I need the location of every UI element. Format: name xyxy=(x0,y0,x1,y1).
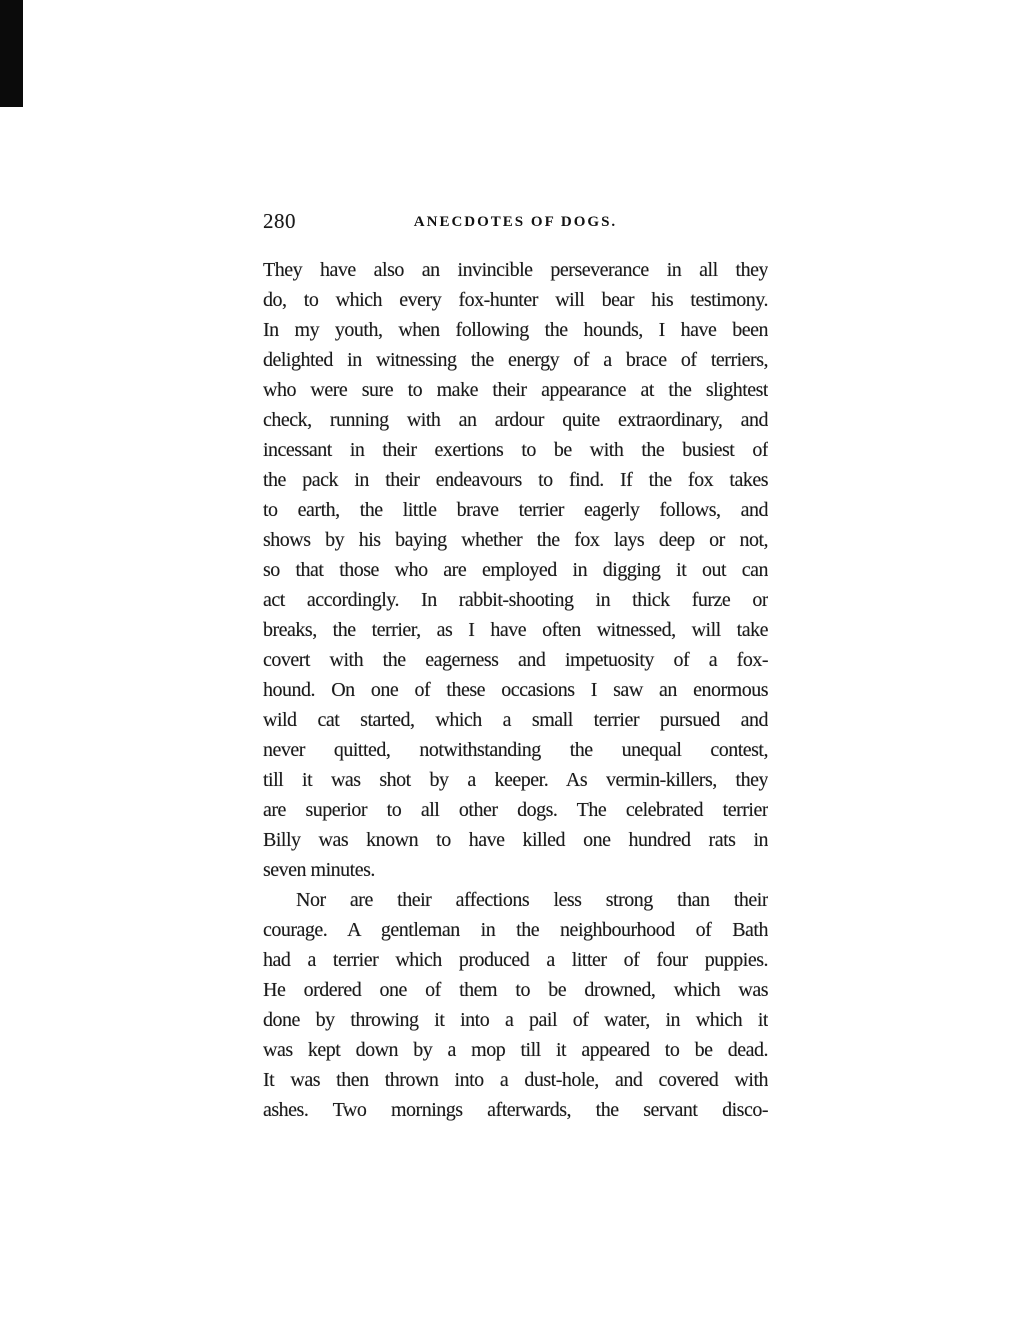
text-line: incessant in their exertions to be with … xyxy=(263,435,768,465)
text-line: ashes. Two mornings afterwards, the serv… xyxy=(263,1095,768,1125)
text-line: shows by his baying whether the fox lays… xyxy=(263,525,768,555)
text-line: seven minutes. xyxy=(263,855,768,885)
text-line: was kept down by a mop till it appeared … xyxy=(263,1035,768,1065)
text-line: till it was shot by a keeper. As vermin-… xyxy=(263,765,768,795)
text-line: done by throwing it into a pail of water… xyxy=(263,1005,768,1035)
scanner-edge-artifact xyxy=(0,0,23,107)
text-line: In my youth, when following the hounds, … xyxy=(263,315,768,345)
text-line: It was then thrown into a dust-hole, and… xyxy=(263,1065,768,1095)
text-line: covert with the eagerness and impetuosit… xyxy=(263,645,768,675)
text-line: Billy was known to have killed one hundr… xyxy=(263,825,768,855)
text-line: so that those who are employed in diggin… xyxy=(263,555,768,585)
text-line: breaks, the terrier, as I have often wit… xyxy=(263,615,768,645)
text-line: act accordingly. In rabbit-shooting in t… xyxy=(263,585,768,615)
page-number: 280 xyxy=(263,209,296,234)
text-line: do, to which every fox-hunter will bear … xyxy=(263,285,768,315)
text-line: to earth, the little brave terrier eager… xyxy=(263,495,768,525)
text-line: courage. A gentleman in the neighbourhoo… xyxy=(263,915,768,945)
text-line: They have also an invincible perseveranc… xyxy=(263,255,768,285)
text-line: are superior to all other dogs. The cele… xyxy=(263,795,768,825)
text-line: had a terrier which produced a litter of… xyxy=(263,945,768,975)
text-line: hound. On one of these occasions I saw a… xyxy=(263,675,768,705)
text-line-paragraph-start: Nor are their affections less strong tha… xyxy=(263,885,768,915)
running-title: ANECDOTES OF DOGS. xyxy=(263,209,768,231)
text-line: He ordered one of them to be drowned, wh… xyxy=(263,975,768,1005)
text-line: who were sure to make their appearance a… xyxy=(263,375,768,405)
text-line: wild cat started, which a small terrier … xyxy=(263,705,768,735)
text-line: the pack in their endeavours to find. If… xyxy=(263,465,768,495)
page-body: They have also an invincible perseveranc… xyxy=(263,255,768,1125)
text-line: delighted in witnessing the energy of a … xyxy=(263,345,768,375)
text-line: never quitted, notwithstanding the unequ… xyxy=(263,735,768,765)
text-line: check, running with an ardour quite extr… xyxy=(263,405,768,435)
page-header: 280 ANECDOTES OF DOGS. xyxy=(263,209,768,233)
